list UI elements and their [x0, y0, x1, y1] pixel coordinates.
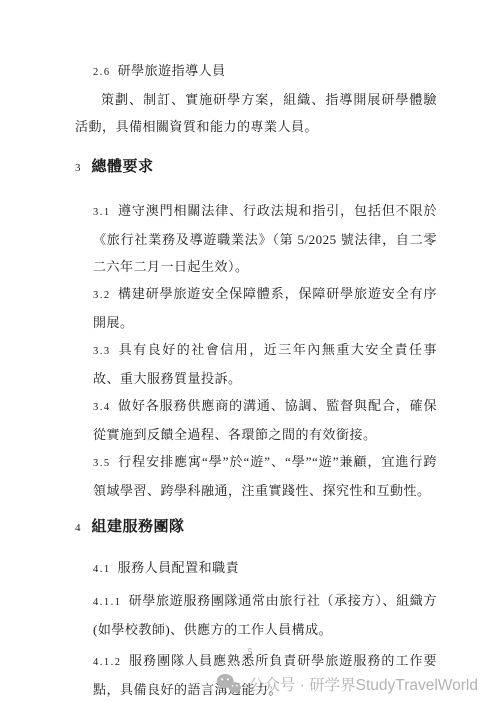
clause-title: 研學旅遊指導人員 — [118, 63, 226, 78]
clause-3-4: 3.4做好各服務供應商的溝通、協調、監督與配合，確保從實施到反饋全過程、各環節之… — [93, 392, 437, 448]
wechat-icon — [215, 673, 242, 695]
watermark-text: 公众号 · 研学界StudyTravelWorld — [249, 673, 478, 695]
clause-number: 3.5 — [93, 458, 111, 469]
clause-text: 做好各服務供應商的溝通、協調、監督與配合，確保從實施到反饋全過程、各環節之間的有… — [93, 398, 437, 442]
clause-3-1: 3.1遵守澳門相關法律、行政法規和指引，包括但不限於《旅行社業務及導遊職業法》（… — [93, 197, 437, 280]
clause-3-5: 3.5行程安排應寓“學”於“遊”、“學”“遊”兼顧，宜進行跨領域學習、跨學科融通… — [93, 448, 437, 504]
clause-number: 3.2 — [93, 290, 111, 301]
clause-number: 4.1 — [93, 564, 111, 575]
clause-text: 遵守澳門相關法律、行政法規和指引，包括但不限於《旅行社業務及導遊職業法》（第 5… — [93, 203, 437, 274]
clause-text: 行程安排應寓“學”於“遊”、“學”“遊”兼顧，宜進行跨領域學習、跨學科融通，注重… — [93, 454, 437, 498]
clause-number: 4.1.2 — [93, 657, 122, 668]
clause-number: 3.3 — [93, 346, 111, 357]
clause-text: 研學旅遊服務團隊通常由旅行社（承接方）、組織方(如學校教師)、供應方的工作人員構… — [93, 593, 437, 637]
clause-4-1-1: 4.1.1研學旅遊服務團隊通常由旅行社（承接方）、組織方(如學校教師)、供應方的… — [93, 587, 437, 643]
document-page: 2.6研學旅遊指導人員 策劃、制訂、實施研學方案，組織、指導開展研學體驗活動，具… — [0, 0, 500, 706]
clause-3-2: 3.2構建研學旅遊安全保障體系，保障研學旅遊安全有序開展。 — [93, 280, 437, 336]
section-heading-3: 3總體要求 — [75, 153, 437, 182]
heading-title: 總體要求 — [92, 159, 154, 175]
clause-title: 服務人員配置和職責 — [118, 560, 240, 575]
clause-2-6: 2.6研學旅遊指導人員 — [93, 57, 437, 86]
clause-4-1: 4.1服務人員配置和職責 — [93, 554, 437, 583]
heading-number: 4 — [75, 522, 82, 534]
clause-number: 4.1.1 — [93, 597, 122, 608]
paragraph-2-6: 策劃、制訂、實施研學方案，組織、指導開展研學體驗活動，具備相關資質和能力的專業人… — [75, 86, 437, 140]
clause-3-3: 3.3具有良好的社會信用，近三年內無重大安全責任事故、重大服務質量投訴。 — [93, 336, 437, 392]
clause-text: 具有良好的社會信用，近三年內無重大安全責任事故、重大服務質量投訴。 — [93, 342, 437, 386]
section-heading-4: 4組建服務團隊 — [75, 513, 437, 542]
watermark: 公众号 · 研学界StudyTravelWorld — [215, 673, 478, 695]
clause-number: 2.6 — [93, 67, 111, 78]
heading-number: 3 — [75, 162, 82, 174]
clause-number: 3.1 — [93, 207, 111, 218]
document-content: 2.6研學旅遊指導人員 策劃、制訂、實施研學方案，組織、指導開展研學體驗活動，具… — [75, 57, 437, 706]
clause-text: 構建研學旅遊安全保障體系，保障研學旅遊安全有序開展。 — [93, 286, 437, 330]
page-number: 5 — [0, 647, 500, 657]
clause-number: 3.4 — [93, 402, 111, 413]
heading-title: 組建服務團隊 — [92, 519, 185, 535]
